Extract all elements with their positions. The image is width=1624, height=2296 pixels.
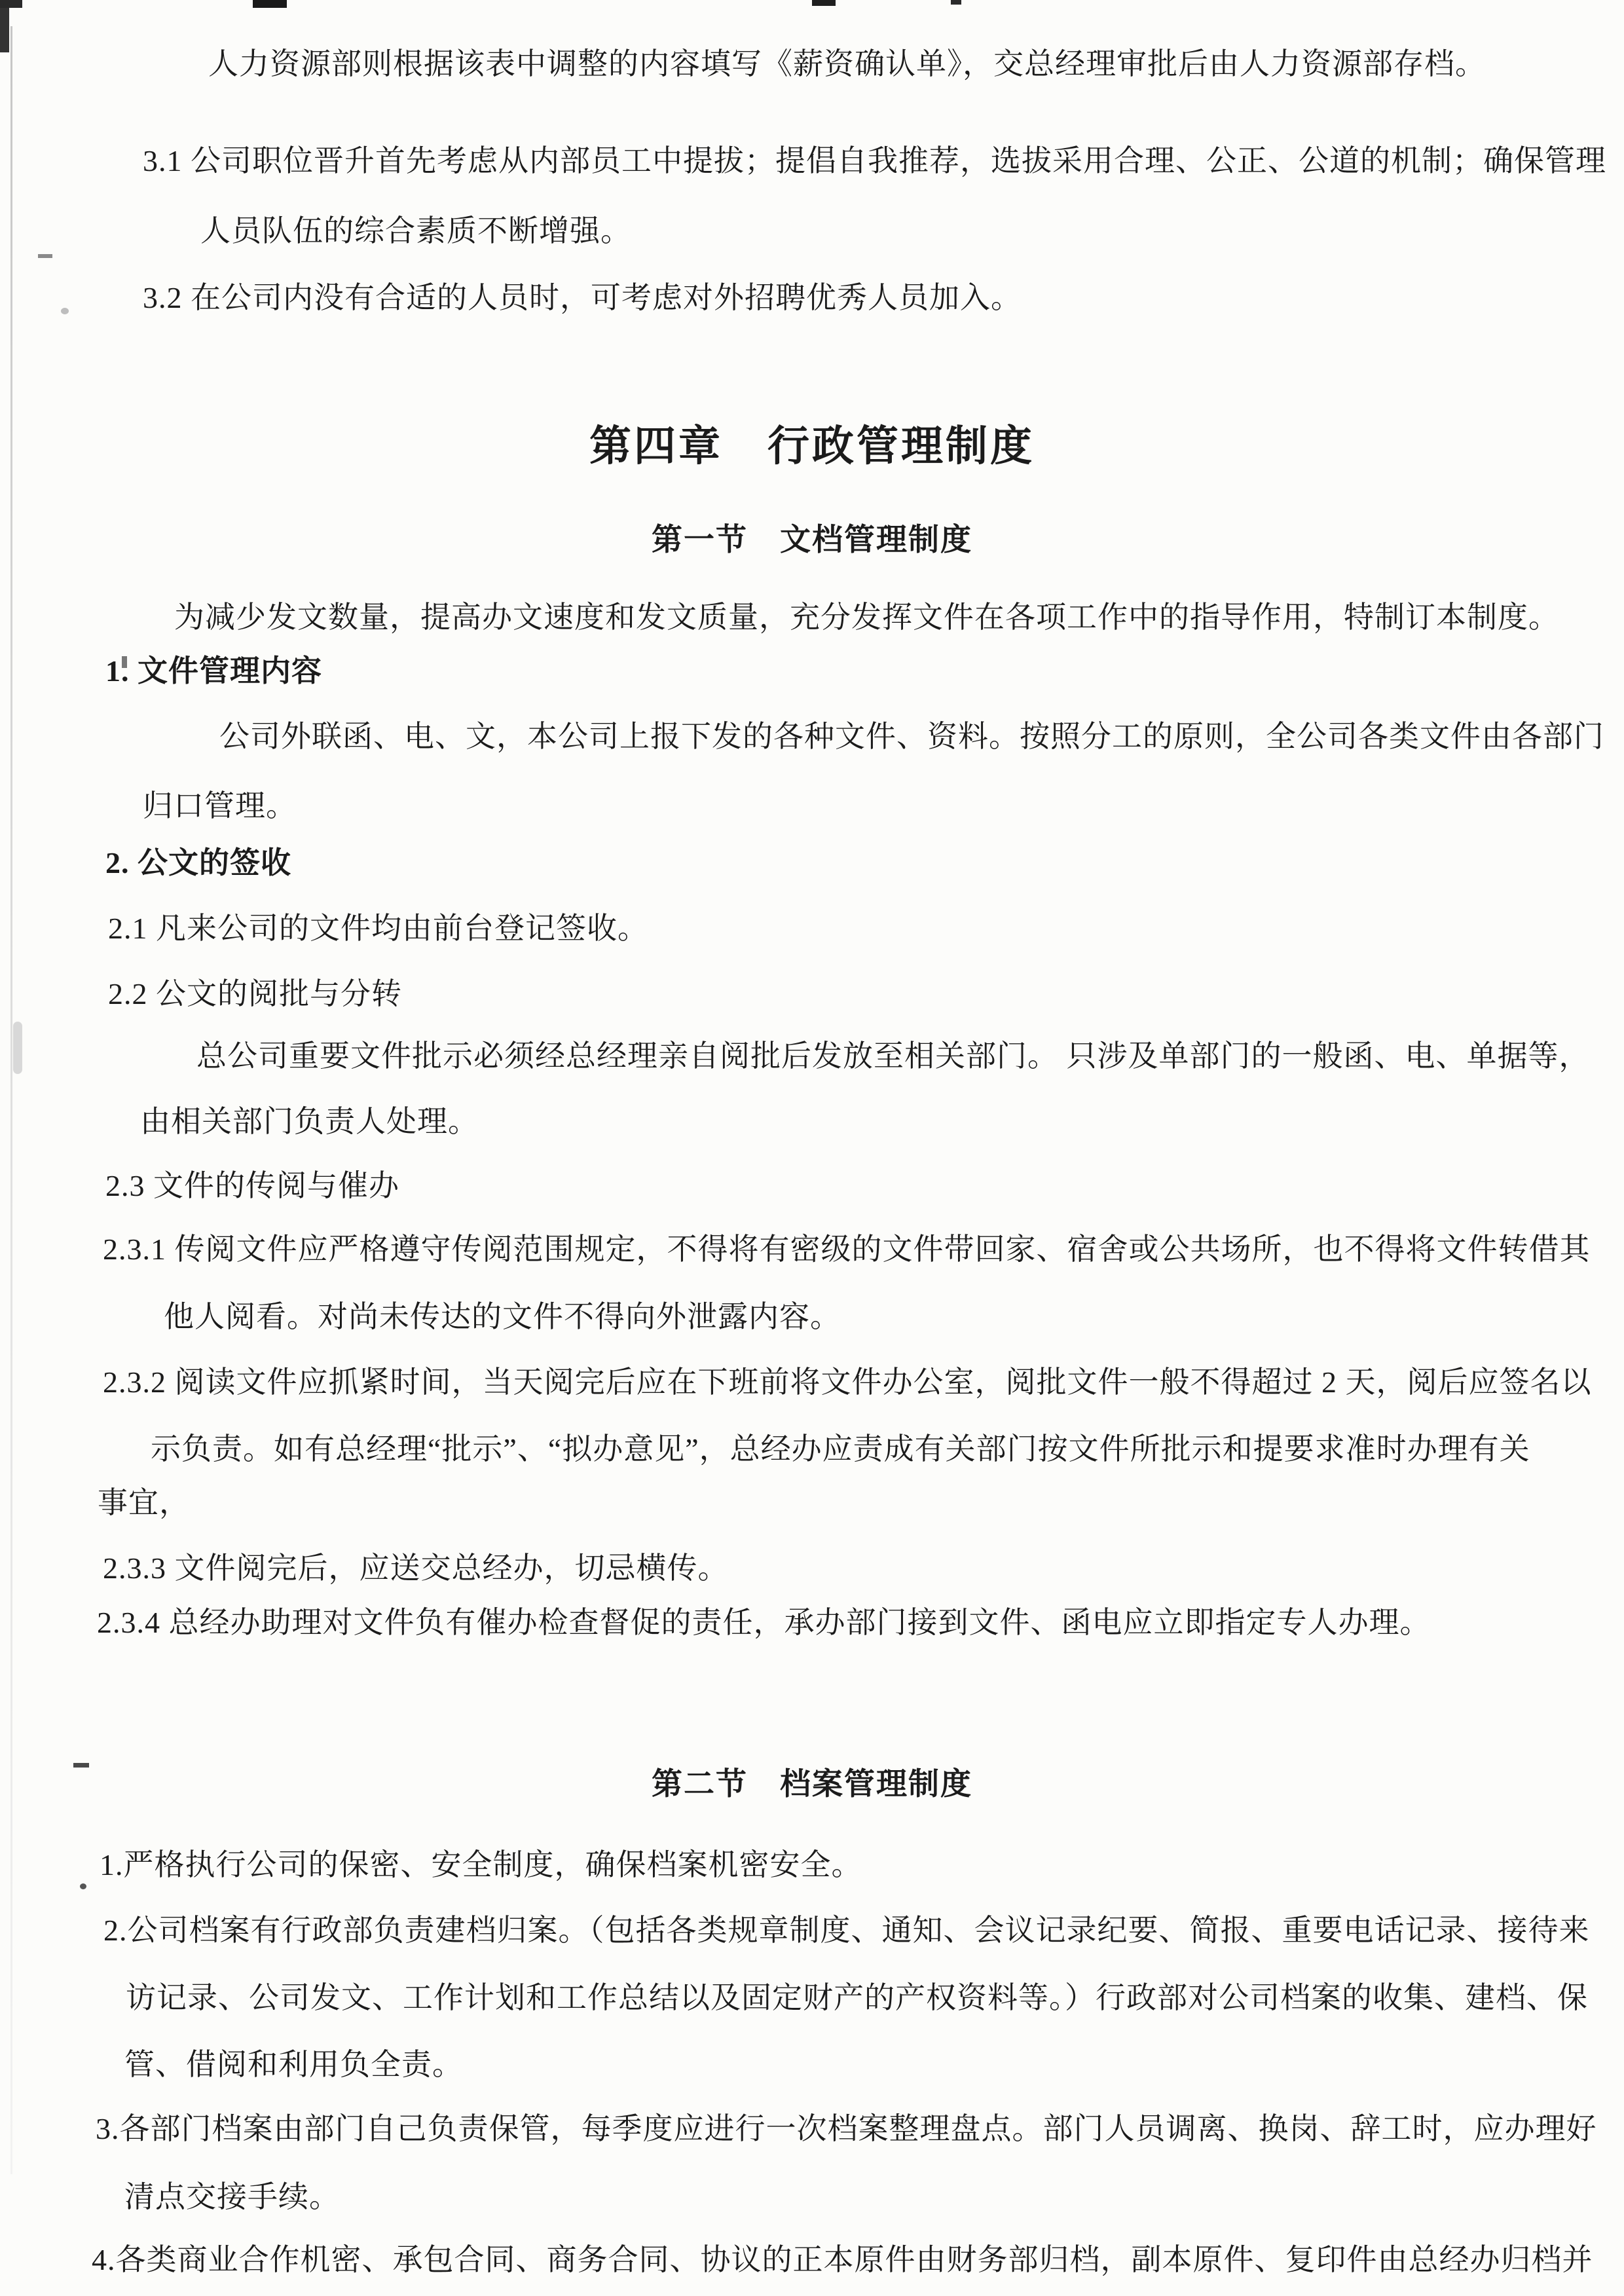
item-2-3-4: 2.3.4 总经办助理对文件负有催办检查督促的责任，承办部门接到文件、函电应立即… [97,1606,1431,1640]
scan-artifact-left-edge-line [10,26,12,2174]
item-2-3-1-line2: 他人阅看。对尚未传达的文件不得向外泄露内容。 [164,1300,841,1335]
item-3-1-line2: 人员队伍的综合素质不断增强。 [200,214,631,249]
item-2-3-3: 2.3.3 文件阅完后，应送交总经办，切忌横传。 [103,1551,729,1586]
item-3-2: 3.2 在公司内没有合适的人员时，可考虑对外招聘优秀人员加入。 [143,281,1022,316]
section1-intro: 为减少发文数量，提高办文速度和发文质量，充分发挥文件在各项工作中的指导作用，特制… [174,601,1559,635]
item-2-2: 2.2 公文的阅批与分转 [108,977,402,1012]
scan-artifact-top-streak-1 [253,0,287,8]
para-hr-salary-confirmation: 人力资源部则根据该表中调整的内容填写《薪资确认单》，交总经理审批后由人力资源部存… [208,47,1486,82]
heading-2-document-receipt: 2. 公文的签收 [105,846,291,881]
para-file-scope-line2: 归口管理。 [143,789,297,824]
item-2-3-2-line1: 2.3.2 阅读文件应抓紧时间，当天阅完后应在下班前将文件办公室，阅批文件一般不… [103,1365,1592,1400]
item-2-3-1-line1: 2.3.1 传阅文件应严格遵守传阅范围规定，不得将有密级的文件带回家、宿舍或公共… [103,1232,1591,1267]
scan-artifact-top-streak-2 [812,0,836,6]
scan-artifact-margin-dot [80,1883,86,1889]
chapter-4-title: 第四章 行政管理制度 [0,422,1624,471]
item-2-3: 2.3 文件的传阅与催办 [105,1169,399,1204]
scan-artifact-margin-dash-1 [38,254,52,258]
archive-item-3-line2: 清点交接手续。 [124,2180,340,2215]
archive-item-4-line1: 4.各类商业合作机密、承包合同、商务合同、协议的正本原件由财务部归档，副本原件、… [92,2243,1593,2278]
scan-artifact-margin-smudge [13,1022,22,1074]
archive-item-2-line2: 访记录、公司发文、工作计划和工作总结以及固定财产的产权资料等。）行政部对公司档案… [126,1981,1588,2016]
archive-item-1: 1.严格执行公司的保密、安全制度，确保档案机密安全。 [100,1848,862,1883]
archive-item-2-line3: 管、借阅和利用负全责。 [124,2048,463,2083]
item-2-1: 2.1 凡来公司的文件均由前台登记签收。 [108,912,648,946]
scan-artifact-corner-horizontal [0,0,22,8]
item-3-1-line1: 3.1 公司职位晋升首先考虑从内部员工中提拔；提倡自我推荐，选拔采用合理、公正、… [143,144,1606,179]
scan-artifact-top-streak-3 [951,0,961,5]
archive-item-2-line1: 2.公司档案有行政部负责建档归案。（包括各类规章制度、通知、会议记录纪要、简报、… [103,1914,1590,1948]
scan-artifact-corner-vertical [0,0,9,52]
para-file-scope-line1: 公司外联函、电、文，本公司上报下发的各种文件、资料。按照分工的原则，全公司各类文… [219,720,1604,754]
scan-artifact-margin-blob [61,308,69,314]
item-2-3-2-line2: 示负责。如有总经理“批示”、“拟办意见”，总经办应责成有关部门按文件所批示和提要… [151,1432,1530,1467]
section-2-title: 第二节 档案管理制度 [0,1767,1624,1802]
archive-item-3-line1: 3.各部门档案由部门自己负责保管，每季度应进行一次档案整理盘点。部门人员调离、换… [96,2112,1597,2147]
scanned-document-page: 人力资源部则根据该表中调整的内容填写《薪资确认单》，交总经理审批后由人力资源部存… [0,0,1624,2296]
item-2-3-2-line3: 事宜， [98,1486,190,1521]
para-2-2-line1: 总公司重要文件批示必须经总经理亲自阅批后发放至相关部门。 只涉及单部门的一般函、… [196,1039,1590,1074]
para-2-2-line2: 由相关部门负责人处理。 [140,1105,479,1139]
section-1-title: 第一节 文档管理制度 [0,523,1624,558]
heading-1-file-management: 1. 文件管理内容 [105,654,322,689]
